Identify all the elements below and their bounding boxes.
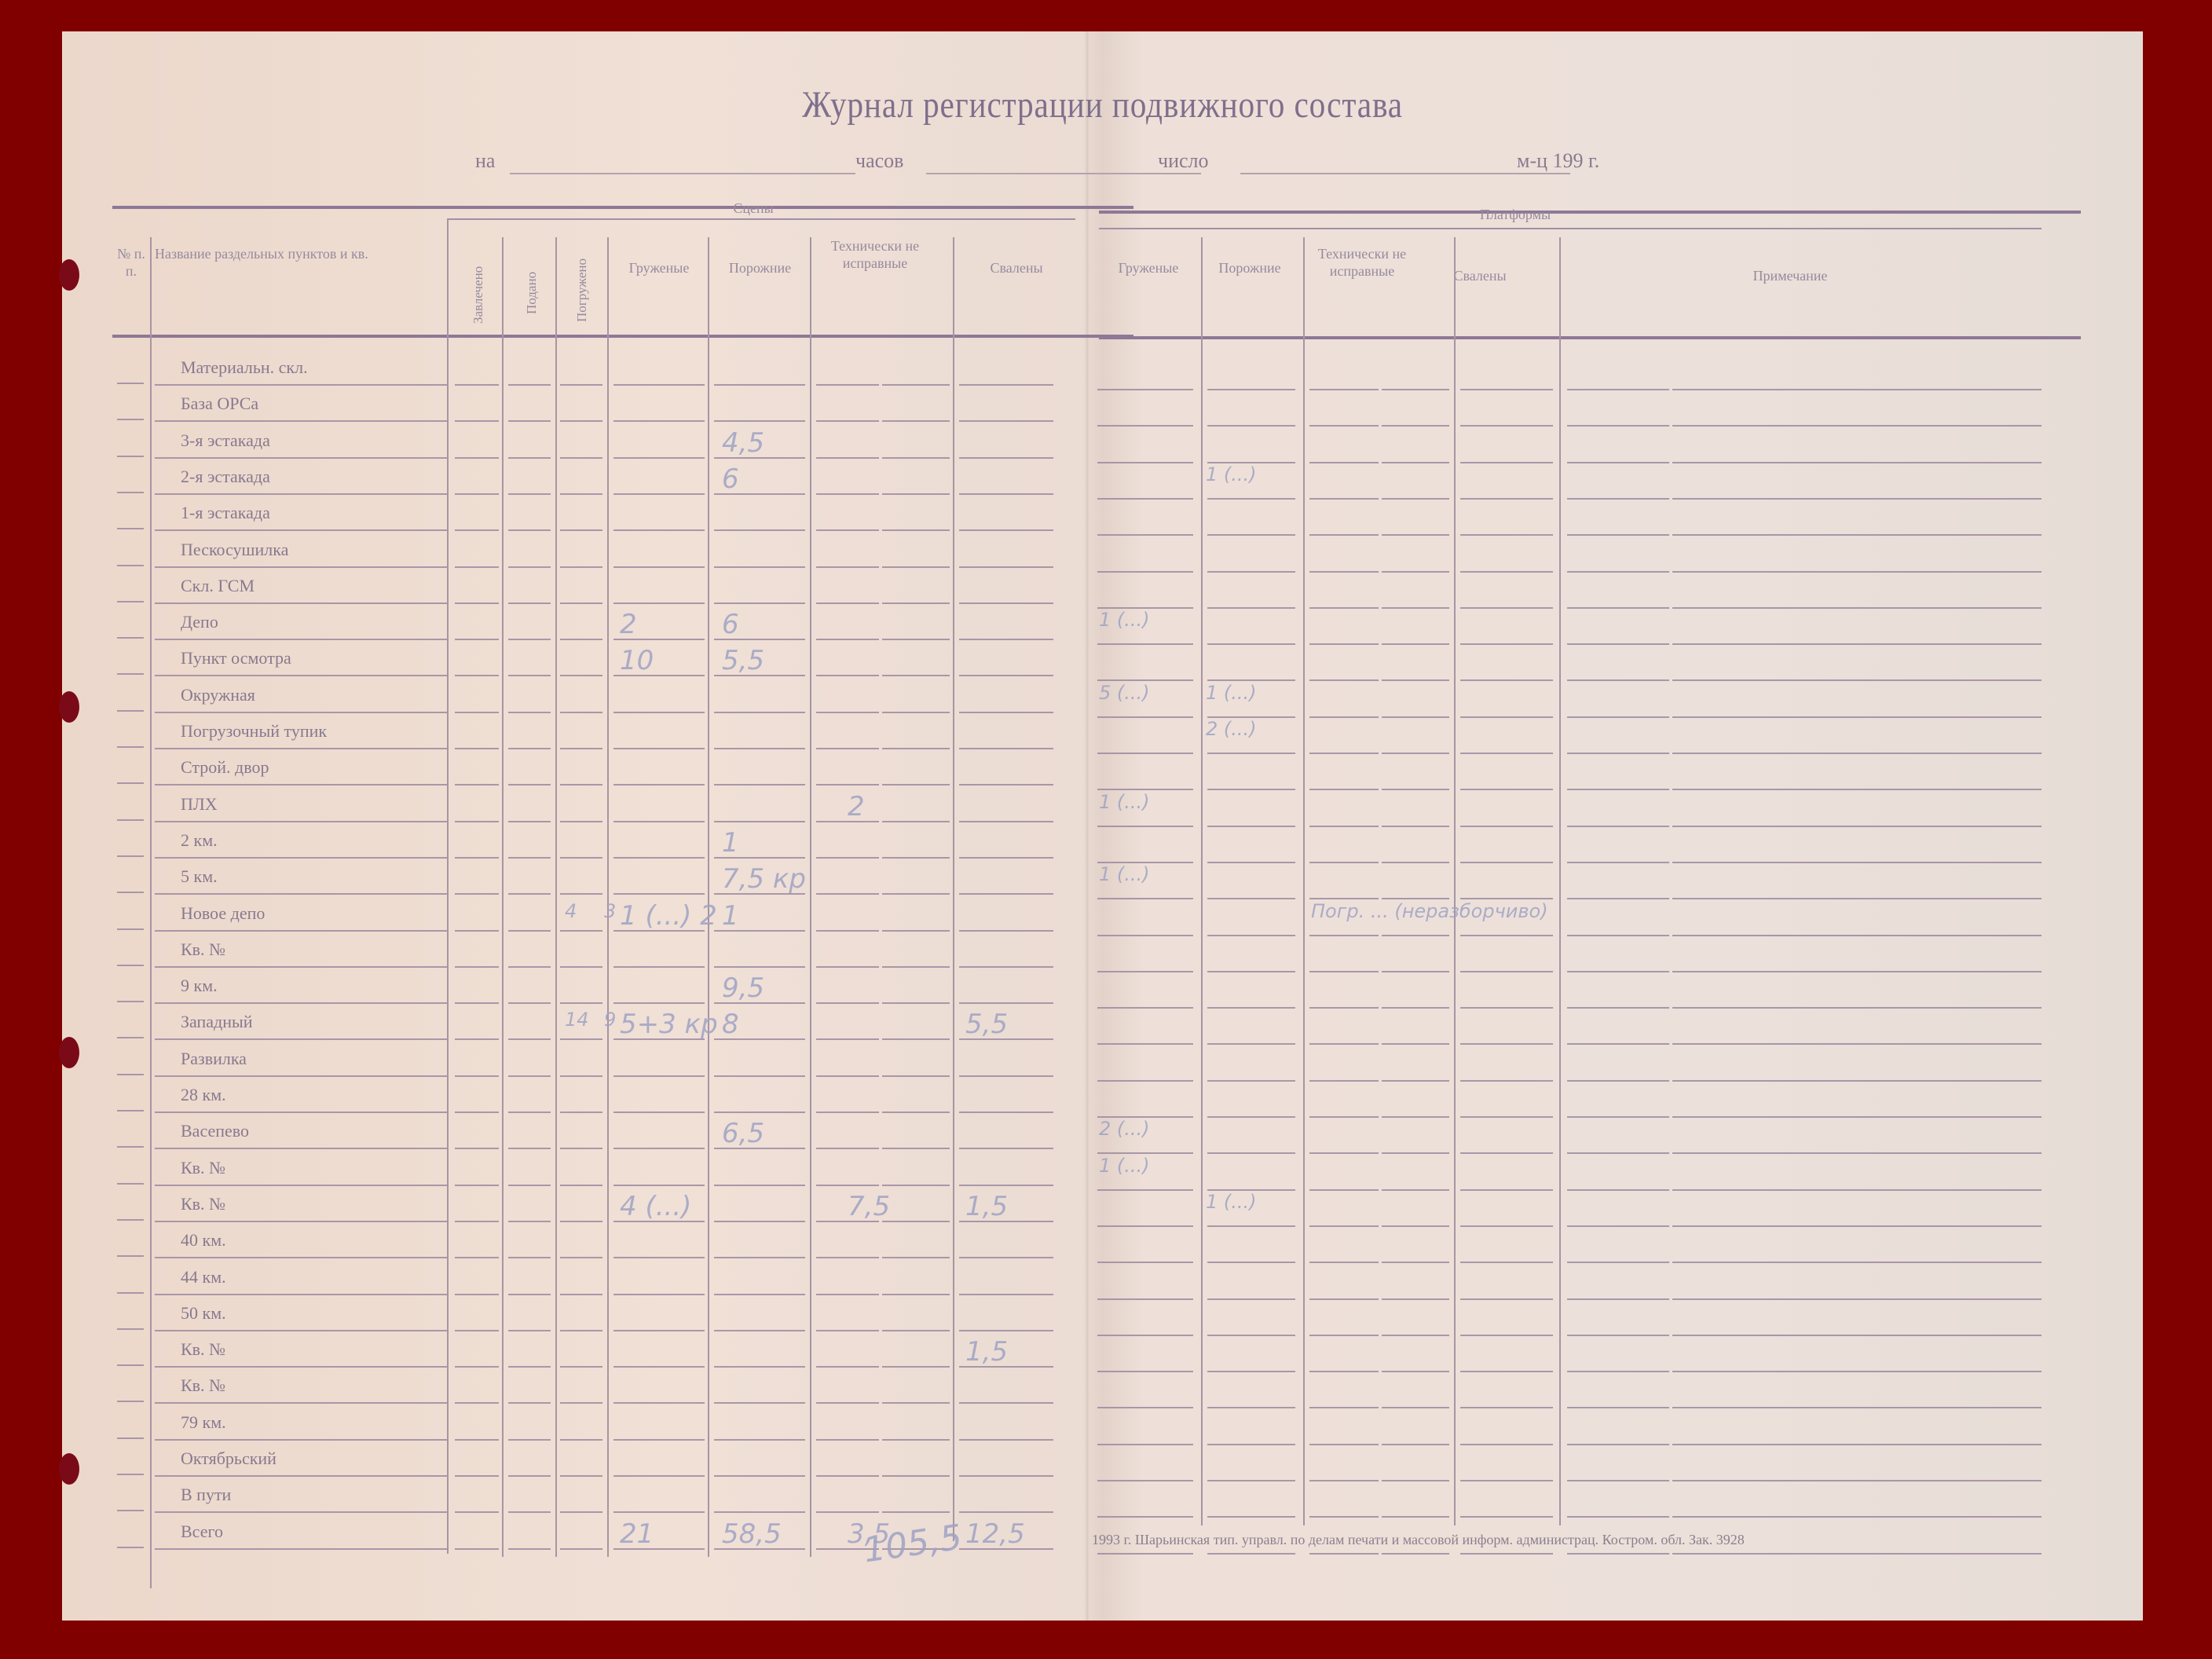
- row-rule: [560, 1257, 602, 1258]
- row-rule: [882, 1366, 950, 1368]
- row-rule: [155, 529, 447, 531]
- row-rule: [1567, 1116, 1669, 1118]
- handwritten-cars-faulty: 7,5: [848, 1191, 890, 1222]
- row-rule: [1207, 1116, 1295, 1118]
- row-rule: [155, 1257, 447, 1258]
- day-label: число: [1158, 149, 1209, 173]
- row-rule: [455, 1257, 499, 1258]
- col-line: [502, 237, 504, 1557]
- row-rule: [882, 675, 950, 676]
- row-rule: [508, 529, 551, 531]
- row-rule: [455, 1548, 499, 1550]
- row-rule: [1460, 862, 1553, 863]
- handwritten-plat-loaded: 5 (...): [1099, 682, 1150, 704]
- row-rule: [1207, 1480, 1295, 1481]
- row-rule: [1460, 826, 1553, 827]
- row-rule: [1567, 1298, 1669, 1300]
- row-rule: [1460, 1444, 1553, 1445]
- row-rule: [155, 1294, 447, 1295]
- row-rule: [1567, 898, 1669, 899]
- row-rule: [613, 1257, 705, 1258]
- row-rule: [959, 1075, 1053, 1077]
- row-rule: [714, 1511, 805, 1513]
- handwritten-cars-dumped: 1,5: [965, 1336, 1008, 1368]
- row-rule: [882, 420, 950, 422]
- row-rule: [714, 1257, 805, 1258]
- row-rule: [155, 893, 447, 895]
- row-rule: [882, 457, 950, 459]
- row-rule: [1672, 1516, 2042, 1518]
- row-rule: [1207, 862, 1295, 863]
- row-rule: [1567, 1553, 1669, 1555]
- row-rule: [1382, 1189, 1449, 1191]
- col-header-remark: Примечание: [1555, 267, 2026, 284]
- row-name: Пункт осмотра: [181, 648, 291, 668]
- row-rule: [816, 493, 879, 495]
- row-rule: [959, 529, 1053, 531]
- row-rule: [613, 966, 705, 968]
- row-rule: [455, 639, 499, 640]
- row-rule: [1309, 498, 1379, 500]
- col-header-loaded: Погружено: [574, 258, 590, 322]
- row-name: 1-я эстакада: [181, 503, 270, 523]
- row-rule: [155, 821, 447, 822]
- row-name: Окружная: [181, 685, 255, 705]
- row-rule: [560, 420, 602, 422]
- month-field-line: [1240, 173, 1570, 174]
- row-rule: [1097, 898, 1193, 899]
- row-rule: [1382, 1116, 1449, 1118]
- row-rule: [508, 1330, 551, 1331]
- row-rule: [155, 384, 447, 386]
- row-rule: [1309, 1043, 1379, 1045]
- row-rule: [1672, 679, 2042, 681]
- cars-col-loaded: Груженые: [612, 259, 706, 276]
- row-rule: [882, 1402, 950, 1404]
- row-rule: [1567, 425, 1669, 427]
- row-rule: [1382, 1080, 1449, 1082]
- row-rule: [455, 675, 499, 676]
- row-rule: [560, 602, 602, 604]
- row-rule: [1460, 1407, 1553, 1408]
- row-name: Скл. ГСМ: [181, 576, 255, 596]
- row-rule: [1207, 935, 1295, 936]
- row-rule: [508, 1257, 551, 1258]
- row-rule: [1309, 1262, 1379, 1263]
- row-rule: [1309, 1553, 1379, 1555]
- row-number-line: [117, 1510, 144, 1511]
- row-number-line: [117, 1437, 144, 1439]
- row-rule: [1460, 1553, 1553, 1555]
- row-rule: [613, 1511, 705, 1513]
- row-rule: [560, 1002, 602, 1004]
- row-name: Депо: [181, 612, 218, 632]
- row-rule: [613, 1330, 705, 1331]
- row-rule: [1567, 1371, 1669, 1372]
- row-rule: [1672, 898, 2042, 899]
- row-rule: [508, 712, 551, 713]
- row-rule: [882, 821, 950, 822]
- row-number-line: [117, 528, 144, 529]
- row-rule: [1672, 1335, 2042, 1336]
- col-line: [708, 237, 709, 1557]
- row-rule: [1097, 753, 1193, 754]
- binder-hole: [59, 1453, 79, 1485]
- row-rule: [1097, 462, 1193, 463]
- row-rule: [1567, 679, 1669, 681]
- row-name: 40 км.: [181, 1230, 226, 1251]
- row-rule: [714, 1402, 805, 1404]
- row-rule: [508, 1366, 551, 1368]
- row-rule: [1097, 1553, 1193, 1555]
- row-rule: [959, 1185, 1053, 1186]
- row-rule: [508, 930, 551, 932]
- row-number-line: [117, 1292, 144, 1294]
- row-rule: [959, 966, 1053, 968]
- col-header-name: Название раздельных пунктов и кв.: [155, 245, 445, 262]
- row-rule: [1097, 826, 1193, 827]
- row-rule: [613, 784, 705, 786]
- handwritten-cars-loaded: 1 (...) 2: [620, 900, 717, 932]
- row-rule: [882, 1185, 950, 1186]
- row-rule: [455, 748, 499, 749]
- row-rule: [1567, 1080, 1669, 1082]
- row-rule: [560, 1402, 602, 1404]
- row-number-line: [117, 1146, 144, 1148]
- row-rule: [613, 1294, 705, 1295]
- row-rule: [1460, 1480, 1553, 1481]
- row-rule: [455, 1511, 499, 1513]
- row-rule: [1672, 826, 2042, 827]
- row-rule: [508, 1111, 551, 1113]
- row-rule: [155, 1185, 447, 1186]
- row-rule: [560, 784, 602, 786]
- row-rule: [882, 1111, 950, 1113]
- row-rule: [1567, 498, 1669, 500]
- row-rule: [1567, 607, 1669, 609]
- row-rule: [1097, 1335, 1193, 1336]
- row-rule: [455, 602, 499, 604]
- row-rule: [1097, 1007, 1193, 1009]
- row-rule: [1567, 1043, 1669, 1045]
- row-rule: [959, 1294, 1053, 1295]
- col-line: [1303, 237, 1305, 1525]
- row-number-line: [117, 746, 144, 748]
- row-rule: [1672, 1152, 2042, 1154]
- row-rule: [560, 639, 602, 640]
- handwritten-delivered: 4: [565, 900, 577, 922]
- row-rule: [1460, 716, 1553, 718]
- row-rule: [1207, 389, 1295, 390]
- row-rule: [1460, 1371, 1553, 1372]
- row-rule: [508, 1185, 551, 1186]
- row-number-line: [117, 1219, 144, 1221]
- row-rule: [816, 1002, 879, 1004]
- row-rule: [882, 712, 950, 713]
- row-name: Строй. двор: [181, 757, 269, 778]
- row-rule: [1382, 1516, 1449, 1518]
- row-rule: [882, 1221, 950, 1222]
- row-rule: [508, 857, 551, 859]
- handwritten-cars-faulty: 2: [848, 791, 865, 822]
- row-rule: [1460, 935, 1553, 936]
- row-rule: [1460, 534, 1553, 536]
- col-line: [447, 218, 449, 1554]
- row-rule: [508, 384, 551, 386]
- row-rule: [1097, 971, 1193, 972]
- row-name: Кв. №: [181, 939, 225, 960]
- row-rule: [155, 1148, 447, 1149]
- row-rule: [959, 566, 1053, 568]
- row-name: Всего: [181, 1522, 223, 1542]
- row-name: Кв. №: [181, 1158, 225, 1178]
- row-rule: [816, 1148, 879, 1149]
- row-rule: [816, 529, 879, 531]
- row-rule: [1207, 1553, 1295, 1555]
- row-rule: [882, 1330, 950, 1331]
- row-rule: [508, 1002, 551, 1004]
- row-rule: [882, 857, 950, 859]
- handwritten-remark: Погр. ... (неразборчиво): [1311, 900, 1548, 922]
- row-rule: [508, 893, 551, 895]
- row-rule: [1309, 935, 1379, 936]
- row-rule: [882, 1475, 950, 1477]
- row-rule: [959, 639, 1053, 640]
- row-name: Развилка: [181, 1049, 247, 1069]
- row-rule: [816, 1185, 879, 1186]
- row-name: 2 км.: [181, 830, 218, 851]
- header-bottom-rule-right: [1099, 336, 2081, 339]
- row-rule: [714, 1439, 805, 1441]
- row-name: 2-я эстакада: [181, 467, 270, 487]
- row-rule: [1460, 571, 1553, 573]
- row-rule: [455, 1002, 499, 1004]
- row-rule: [816, 1402, 879, 1404]
- row-number-line: [117, 1037, 144, 1038]
- handwritten-cars-loaded: 4 (...): [620, 1191, 691, 1222]
- row-rule: [155, 602, 447, 604]
- row-rule: [508, 1221, 551, 1222]
- col-line: [1201, 237, 1203, 1525]
- row-rule: [1567, 643, 1669, 645]
- row-rule: [1382, 1225, 1449, 1227]
- row-rule: [1567, 1444, 1669, 1445]
- row-rule: [882, 1257, 950, 1258]
- row-name: Кв. №: [181, 1339, 225, 1360]
- row-rule: [1309, 1480, 1379, 1481]
- row-rule: [455, 457, 499, 459]
- col-line: [607, 237, 609, 1557]
- row-rule: [1567, 1225, 1669, 1227]
- row-number-line: [117, 819, 144, 821]
- row-rule: [1672, 1298, 2042, 1300]
- row-number-line: [117, 855, 144, 857]
- row-rule: [1672, 534, 2042, 536]
- row-rule: [155, 1402, 447, 1404]
- handwritten-delivered: 14: [565, 1009, 589, 1031]
- row-rule: [882, 748, 950, 749]
- handwritten-cars-empty: 5,5: [722, 645, 764, 676]
- date-prefix: на: [475, 149, 495, 173]
- row-rule: [1567, 1516, 1669, 1518]
- row-rule: [714, 748, 805, 749]
- row-rule: [1382, 716, 1449, 718]
- row-rule: [1097, 716, 1193, 718]
- row-rule: [882, 566, 950, 568]
- row-rule: [1207, 571, 1295, 573]
- row-rule: [1460, 1335, 1553, 1336]
- row-number-line: [117, 1474, 144, 1475]
- row-rule: [1309, 1335, 1379, 1336]
- row-rule: [1309, 607, 1379, 609]
- header-bottom-rule-left: [112, 335, 1133, 338]
- row-rule: [613, 821, 705, 822]
- handwritten-cars-empty: 8: [722, 1009, 739, 1040]
- row-rule: [1382, 425, 1449, 427]
- row-rule: [1672, 1007, 2042, 1009]
- row-rule: [882, 1002, 950, 1004]
- row-name: Погрузочный тупик: [181, 721, 327, 742]
- row-rule: [1207, 643, 1295, 645]
- row-rule: [455, 529, 499, 531]
- row-rule: [714, 602, 805, 604]
- col-header-number: № п. п.: [112, 245, 150, 280]
- row-rule: [959, 1257, 1053, 1258]
- row-rule: [1097, 389, 1193, 390]
- row-rule: [1567, 389, 1669, 390]
- row-rule: [155, 784, 447, 786]
- row-rule: [560, 712, 602, 713]
- row-rule: [455, 712, 499, 713]
- row-rule: [1309, 1225, 1379, 1227]
- row-rule: [816, 1366, 879, 1368]
- handwritten-plat-loaded: 1 (...): [1099, 609, 1150, 631]
- row-number-line: [117, 1328, 144, 1330]
- row-rule: [816, 857, 879, 859]
- row-rule: [508, 1548, 551, 1550]
- printer-imprint: 1993 г. Шарьинская тип. управл. по делам…: [1092, 1532, 1745, 1548]
- handwritten-cars-empty: 6,5: [722, 1118, 764, 1149]
- journal-page: Журнал регистрации подвижного состава на…: [62, 31, 2143, 1621]
- row-rule: [455, 1111, 499, 1113]
- handwritten-cars-empty: 4,5: [722, 427, 764, 459]
- row-rule: [1207, 1262, 1295, 1263]
- row-rule: [1567, 1262, 1669, 1263]
- row-rule: [816, 639, 879, 640]
- row-rule: [959, 602, 1053, 604]
- plat-col-empty: Порожние: [1203, 259, 1297, 276]
- row-rule: [1097, 1444, 1193, 1445]
- row-rule: [959, 930, 1053, 932]
- row-rule: [816, 966, 879, 968]
- row-rule: [1309, 716, 1379, 718]
- handwritten-cars-loaded: 10: [620, 645, 654, 676]
- row-rule: [1207, 826, 1295, 827]
- row-rule: [1207, 1335, 1295, 1336]
- row-rule: [959, 893, 1053, 895]
- row-rule: [1207, 1080, 1295, 1082]
- row-rule: [560, 1330, 602, 1331]
- handwritten-plat-empty: 1 (...): [1206, 463, 1257, 485]
- row-rule: [1309, 971, 1379, 972]
- row-rule: [455, 1185, 499, 1186]
- row-rule: [816, 784, 879, 786]
- row-rule: [816, 930, 879, 932]
- row-number-line: [117, 965, 144, 966]
- row-rule: [1460, 643, 1553, 645]
- row-rule: [508, 1402, 551, 1404]
- row-rule: [613, 1075, 705, 1077]
- row-rule: [882, 1075, 950, 1077]
- row-rule: [882, 784, 950, 786]
- row-rule: [1567, 862, 1669, 863]
- row-rule: [816, 748, 879, 749]
- row-rule: [1672, 1043, 2042, 1045]
- day-field-line: [926, 173, 1201, 174]
- row-rule: [1097, 498, 1193, 500]
- row-rule: [959, 1148, 1053, 1149]
- row-rule: [1567, 1007, 1669, 1009]
- handwritten-cars-empty: 6: [722, 609, 739, 640]
- row-rule: [155, 748, 447, 749]
- row-rule: [560, 748, 602, 749]
- row-rule: [1097, 571, 1193, 573]
- row-rule: [816, 1439, 879, 1441]
- row-rule: [1097, 1371, 1193, 1372]
- plat-col-faulty: Технически не исправные: [1303, 245, 1421, 280]
- row-rule: [1672, 1116, 2042, 1118]
- row-rule: [1382, 1371, 1449, 1372]
- col-line: [1559, 237, 1561, 1525]
- row-rule: [1460, 971, 1553, 972]
- row-rule: [1309, 862, 1379, 863]
- row-rule: [1382, 1407, 1449, 1408]
- row-rule: [1309, 826, 1379, 827]
- row-number-line: [117, 928, 144, 930]
- row-rule: [613, 457, 705, 459]
- row-rule: [508, 1511, 551, 1513]
- row-rule: [1672, 643, 2042, 645]
- row-rule: [1207, 789, 1295, 790]
- row-rule: [1672, 1080, 2042, 1082]
- row-rule: [1567, 1152, 1669, 1154]
- row-rule: [1097, 534, 1193, 536]
- row-rule: [155, 1330, 447, 1331]
- row-rule: [882, 1148, 950, 1149]
- row-rule: [508, 493, 551, 495]
- row-rule: [1460, 789, 1553, 790]
- handwritten-loaded-count: 3: [604, 900, 616, 922]
- row-rule: [1309, 1371, 1379, 1372]
- row-rule: [613, 420, 705, 422]
- row-rule: [714, 420, 805, 422]
- cars-col-dumped: Свалены: [958, 259, 1075, 276]
- row-rule: [560, 384, 602, 386]
- row-rule: [508, 1439, 551, 1441]
- row-rule: [959, 1475, 1053, 1477]
- row-rule: [1382, 389, 1449, 390]
- row-rule: [155, 566, 447, 568]
- row-rule: [1382, 1553, 1449, 1555]
- row-number-line: [117, 892, 144, 893]
- col-line: [555, 237, 557, 1557]
- row-number-line: [117, 1183, 144, 1185]
- row-rule: [455, 857, 499, 859]
- row-rule: [1567, 1335, 1669, 1336]
- row-rule: [959, 384, 1053, 386]
- row-number-line: [117, 492, 144, 493]
- row-rule: [816, 712, 879, 713]
